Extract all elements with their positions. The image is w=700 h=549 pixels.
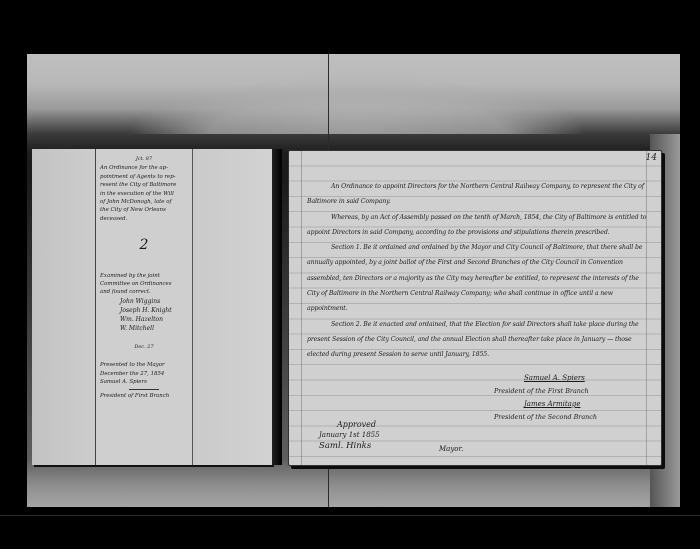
docket-number: 2 [100,241,188,249]
docket-title-line: in the execution of the Will [100,190,188,198]
divider [129,389,159,390]
ordinance-whereas: Whereas, by an Act of Assembly passed on… [307,210,647,241]
presented-line: Presented to the Mayor [100,361,188,369]
mayor-title: Mayor. [439,445,463,453]
ordinance-page: 14 An Ordinance to appoint Directors for… [288,150,662,466]
left-docket-document: Jct. 87 An Ordinance for the ap- pointme… [32,149,272,465]
examined-line: Examined by the joint [100,272,188,280]
presented-line: December the 27, 1854 [100,370,188,378]
approval-block: Approved January 1st 1855 Saml. Hinks [319,419,380,452]
mayor-signature: Saml. Hinks [319,441,380,452]
examined-line: and found correct. [100,288,188,296]
signature-name: Samuel A. Spiers [494,372,654,385]
docket-date-note: Dec. 27 [100,343,188,351]
ordinance-section-2: Section 2. Be it enacted and ordained, t… [307,317,647,363]
docket-fold-right [193,149,272,465]
docket-title-line: of John McDonogh, late of [100,198,188,206]
ordinance-section-1: Section 1. Be it ordained and ordained b… [307,240,647,316]
committee-signature: Joseph H. Knight [120,306,188,315]
signature-title: President of the Second Branch [494,411,654,424]
committee-signature: John Wiggins [120,297,188,306]
docket-ref: Jct. 87 [100,155,188,163]
docket-edge-shadow [272,149,282,465]
signature-block: Samuel A. Spiers President of the First … [494,372,654,424]
signature-name: James Armitage [494,398,654,411]
docket-title-line: the City of New Orleans [100,206,188,214]
docket-title-line: resent the City of Baltimore [100,181,188,189]
docket-fold-center: Jct. 87 An Ordinance for the ap- pointme… [96,149,193,465]
docket-fold-left [32,149,96,465]
committee-signature: W. Mitchell [120,324,188,333]
docket-title-line: pointment of Agents to rep- [100,173,188,181]
presented-line: Samuel A. Spiers [100,378,188,386]
ordinance-title: An Ordinance to appoint Directors for th… [307,179,647,210]
docket-text: Jct. 87 An Ordinance for the ap- pointme… [100,155,188,400]
examined-line: Committee on Ordinances [100,280,188,288]
approved-label: Approved [319,419,380,430]
docket-title-line: An Ordinance for the ap- [100,164,188,172]
ordinance-body: An Ordinance to appoint Directors for th… [307,179,647,363]
page-number: 14 [646,153,657,163]
docket-title-line: deceased. [100,215,188,223]
signature-title: President of the First Branch [494,385,654,398]
committee-signatures: John Wiggins Joseph H. Knight Wm. Hazelt… [100,297,188,333]
approval-date: January 1st 1855 [319,430,380,441]
shadow-hill-artifact [127,74,587,134]
committee-signature: Wm. Hazelton [120,315,188,324]
film-bottom-line [0,515,700,516]
presented-line: President of First Branch [100,392,188,400]
left-margin-rule [301,151,302,465]
